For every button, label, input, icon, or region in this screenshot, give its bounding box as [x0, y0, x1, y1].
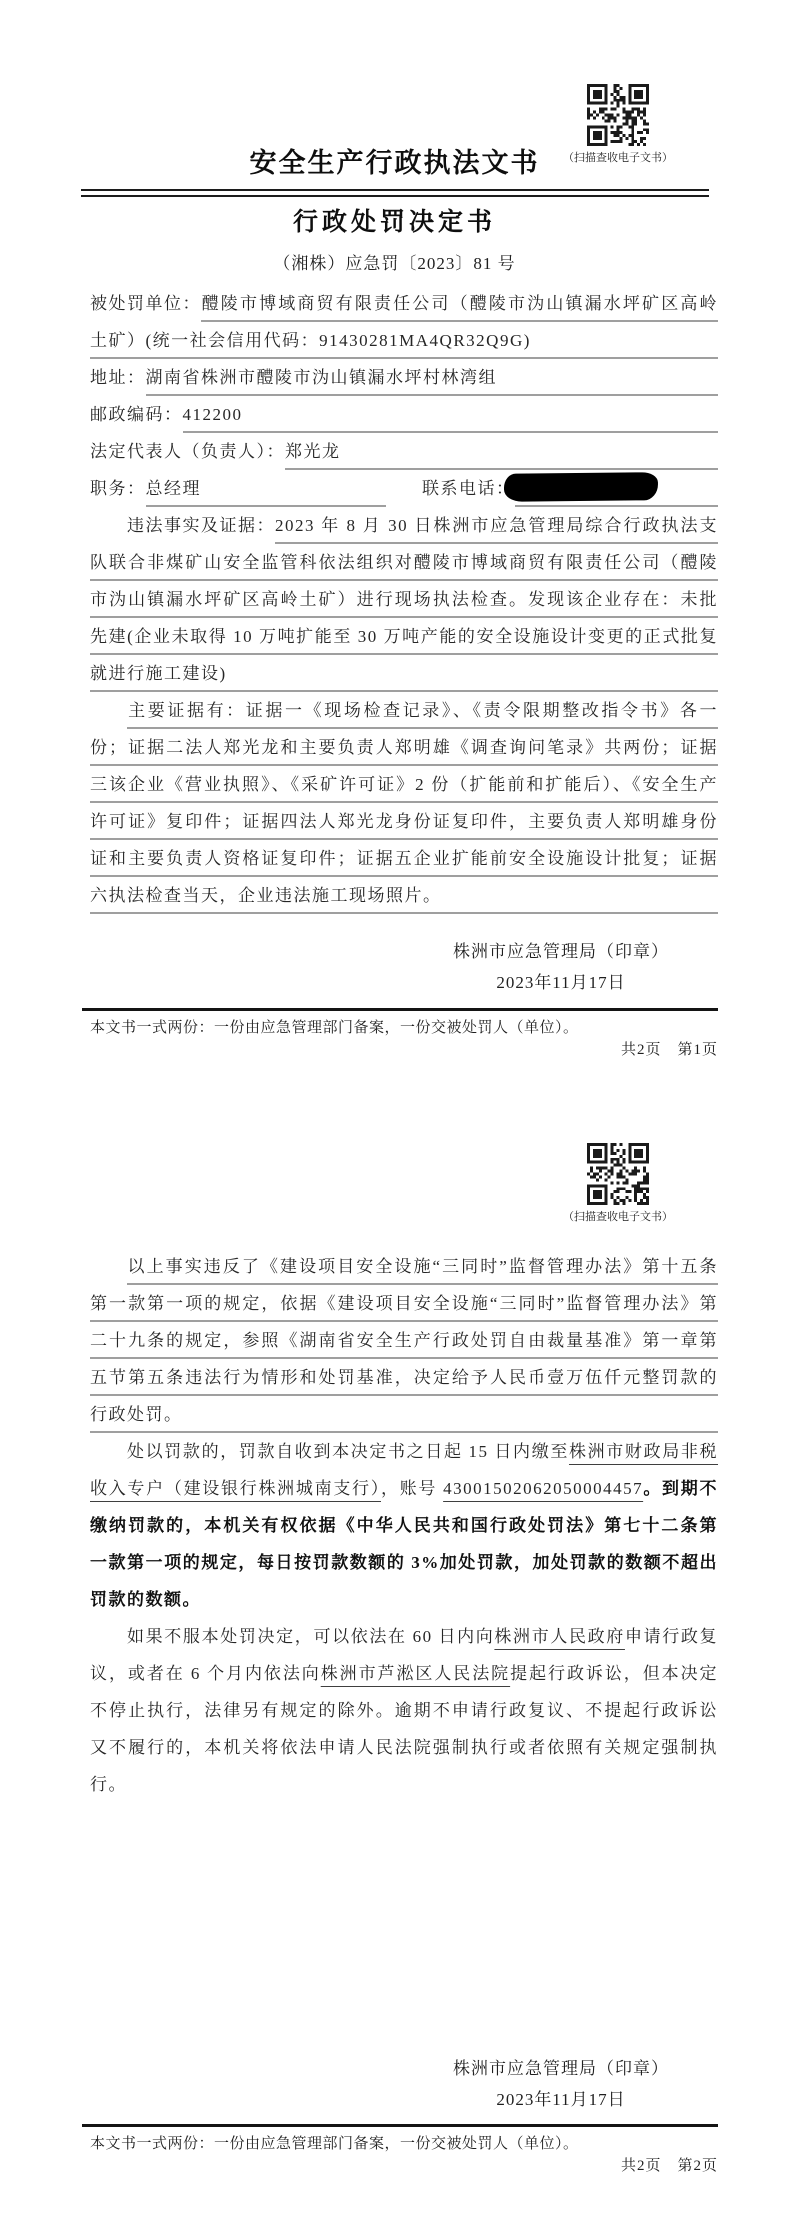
- violation-text: 以上事实违反了《建设项目安全设施“三同时”监督管理办法》第十五条第一款第一项的规…: [90, 1257, 718, 1424]
- document-category: 安全生产行政执法文书: [0, 141, 789, 180]
- field-postcode-value: 412200: [183, 405, 243, 424]
- field-address: 地址：湖南省株洲市醴陵市沩山镇漏水坪村林湾组: [90, 359, 718, 396]
- qr-code-icon: [587, 84, 649, 146]
- field-legal-rep: 法定代表人（负责人）：郑光龙: [90, 433, 718, 470]
- payment-account-number: 43001502062050004457: [443, 1479, 643, 1498]
- issuer-name: 株洲市应急管理局（印章）: [453, 2053, 669, 2084]
- issue-date: 2023年11月17日: [453, 967, 669, 998]
- issuer-name: 株洲市应急管理局（印章）: [453, 936, 669, 967]
- field-unit: 被处罚单位：醴陵市博域商贸有限责任公司（醴陵市沩山镇漏水坪矿区高岭土矿）(统一社…: [90, 285, 718, 359]
- double-rule: [81, 189, 709, 197]
- violation-indent: [90, 1248, 127, 1285]
- payment-paragraph: 处以罚款的，罚款自收到本决定书之日起 15 日内缴至株洲市财政局非税收入专户（建…: [90, 1433, 718, 1618]
- page2-body: 以上事实违反了《建设项目安全设施“三同时”监督管理办法》第十五条第一款第一项的规…: [90, 1248, 718, 1803]
- footer-rule: [82, 2124, 718, 2127]
- field-phone-label: 联系电话：: [422, 470, 515, 507]
- page2-signature: 株洲市应急管理局（印章） 2023年11月17日: [453, 2053, 669, 2115]
- document-header: 安全生产行政执法文书 行政处罚决定书 （湘株）应急罚〔2023〕81 号: [0, 141, 789, 274]
- document-sheet: （扫描查收电子文书） 安全生产行政执法文书 行政处罚决定书 （湘株）应急罚〔20…: [0, 0, 789, 2236]
- qr-block-page2: （扫描查收电子文书）: [558, 1143, 678, 1224]
- field-legal-rep-label: 法定代表人（负责人）：: [90, 433, 285, 470]
- qr-caption: （扫描查收电子文书）: [558, 1208, 678, 1224]
- appeal-seg1: 如果不服本处罚决定，可以依法在 60 日内向: [127, 1627, 494, 1646]
- phone-redaction-bar: [504, 472, 658, 502]
- qr-code-icon: [587, 1143, 649, 1205]
- late-penalty-clause: 。到期不缴纳罚款的，本机关有权依据《中华人民共和国行政处罚法》第七十二条第一款第…: [90, 1479, 718, 1609]
- evidence-indent: [90, 692, 127, 729]
- page2-footer: 本文书一式两份：一份由应急管理部门备案，一份交被处罚人（单位）。 共2页 第2页: [82, 2124, 718, 2175]
- footer-rule: [82, 1008, 718, 1011]
- field-unit-label: 被处罚单位：: [90, 285, 201, 322]
- field-gap: [386, 470, 422, 507]
- facts-label: 违法事实及证据：: [90, 507, 275, 544]
- issue-date: 2023年11月17日: [453, 2084, 669, 2115]
- page1-signature: 株洲市应急管理局（印章） 2023年11月17日: [453, 936, 669, 998]
- appeal-paragraph: 如果不服本处罚决定，可以依法在 60 日内向株洲市人民政府申请行政复议，或者在 …: [90, 1618, 718, 1803]
- footer-note: 本文书一式两份：一份由应急管理部门备案，一份交被处罚人（单位）。: [82, 2132, 718, 2153]
- page1-body: 被处罚单位：醴陵市博域商贸有限责任公司（醴陵市沩山镇漏水坪矿区高岭土矿）(统一社…: [90, 285, 718, 914]
- page-title: 行政处罚决定书: [0, 202, 789, 238]
- page-indicator: 共2页 第1页: [82, 1038, 718, 1059]
- evidence-text: 主要证据有：证据一《现场检查记录》、《责令限期整改指令书》各一份；证据二法人郑光…: [90, 701, 718, 905]
- payment-seg1: 处以罚款的，罚款自收到本决定书之日起 15 日内缴至: [127, 1442, 569, 1461]
- page-indicator: 共2页 第2页: [82, 2154, 718, 2175]
- field-address-label: 地址：: [90, 359, 146, 396]
- field-job: 职务：总经理: [90, 470, 386, 507]
- field-address-value: 湖南省株洲市醴陵市沩山镇漏水坪村林湾组: [146, 368, 498, 387]
- footer-note: 本文书一式两份：一份由应急管理部门备案，一份交被处罚人（单位）。: [82, 1016, 718, 1037]
- field-postcode: 邮政编码：412200: [90, 396, 718, 433]
- field-legal-rep-value: 郑光龙: [285, 442, 341, 461]
- field-job-label: 职务：: [90, 470, 146, 507]
- evidence-paragraph: 主要证据有：证据一《现场检查记录》、《责令限期整改指令书》各一份；证据二法人郑光…: [90, 692, 718, 914]
- field-phone: 联系电话：: [422, 470, 718, 507]
- payment-seg3: ，账号: [381, 1479, 443, 1498]
- field-job-phone-row: 职务：总经理 联系电话：: [90, 470, 718, 507]
- document-number: （湘株）应急罚〔2023〕81 号: [0, 249, 789, 274]
- violation-paragraph: 以上事实违反了《建设项目安全设施“三同时”监督管理办法》第十五条第一款第一项的规…: [90, 1248, 718, 1433]
- facts-paragraph: 违法事实及证据：2023 年 8 月 30 日株洲市应急管理局综合行政执法支队联…: [90, 507, 718, 692]
- field-job-value: 总经理: [146, 479, 202, 498]
- appeal-government: 株洲市人民政府: [494, 1627, 625, 1646]
- appeal-court: 株洲市芦淞区人民法院: [321, 1664, 510, 1683]
- field-postcode-label: 邮政编码：: [90, 396, 183, 433]
- appeal-seg5: 提起行政诉讼，但本决定不停止执行，法律另有规定的除外。逾期不申请行政复议、不提起…: [90, 1664, 718, 1794]
- page1-footer: 本文书一式两份：一份由应急管理部门备案，一份交被处罚人（单位）。 共2页 第1页: [82, 1008, 718, 1059]
